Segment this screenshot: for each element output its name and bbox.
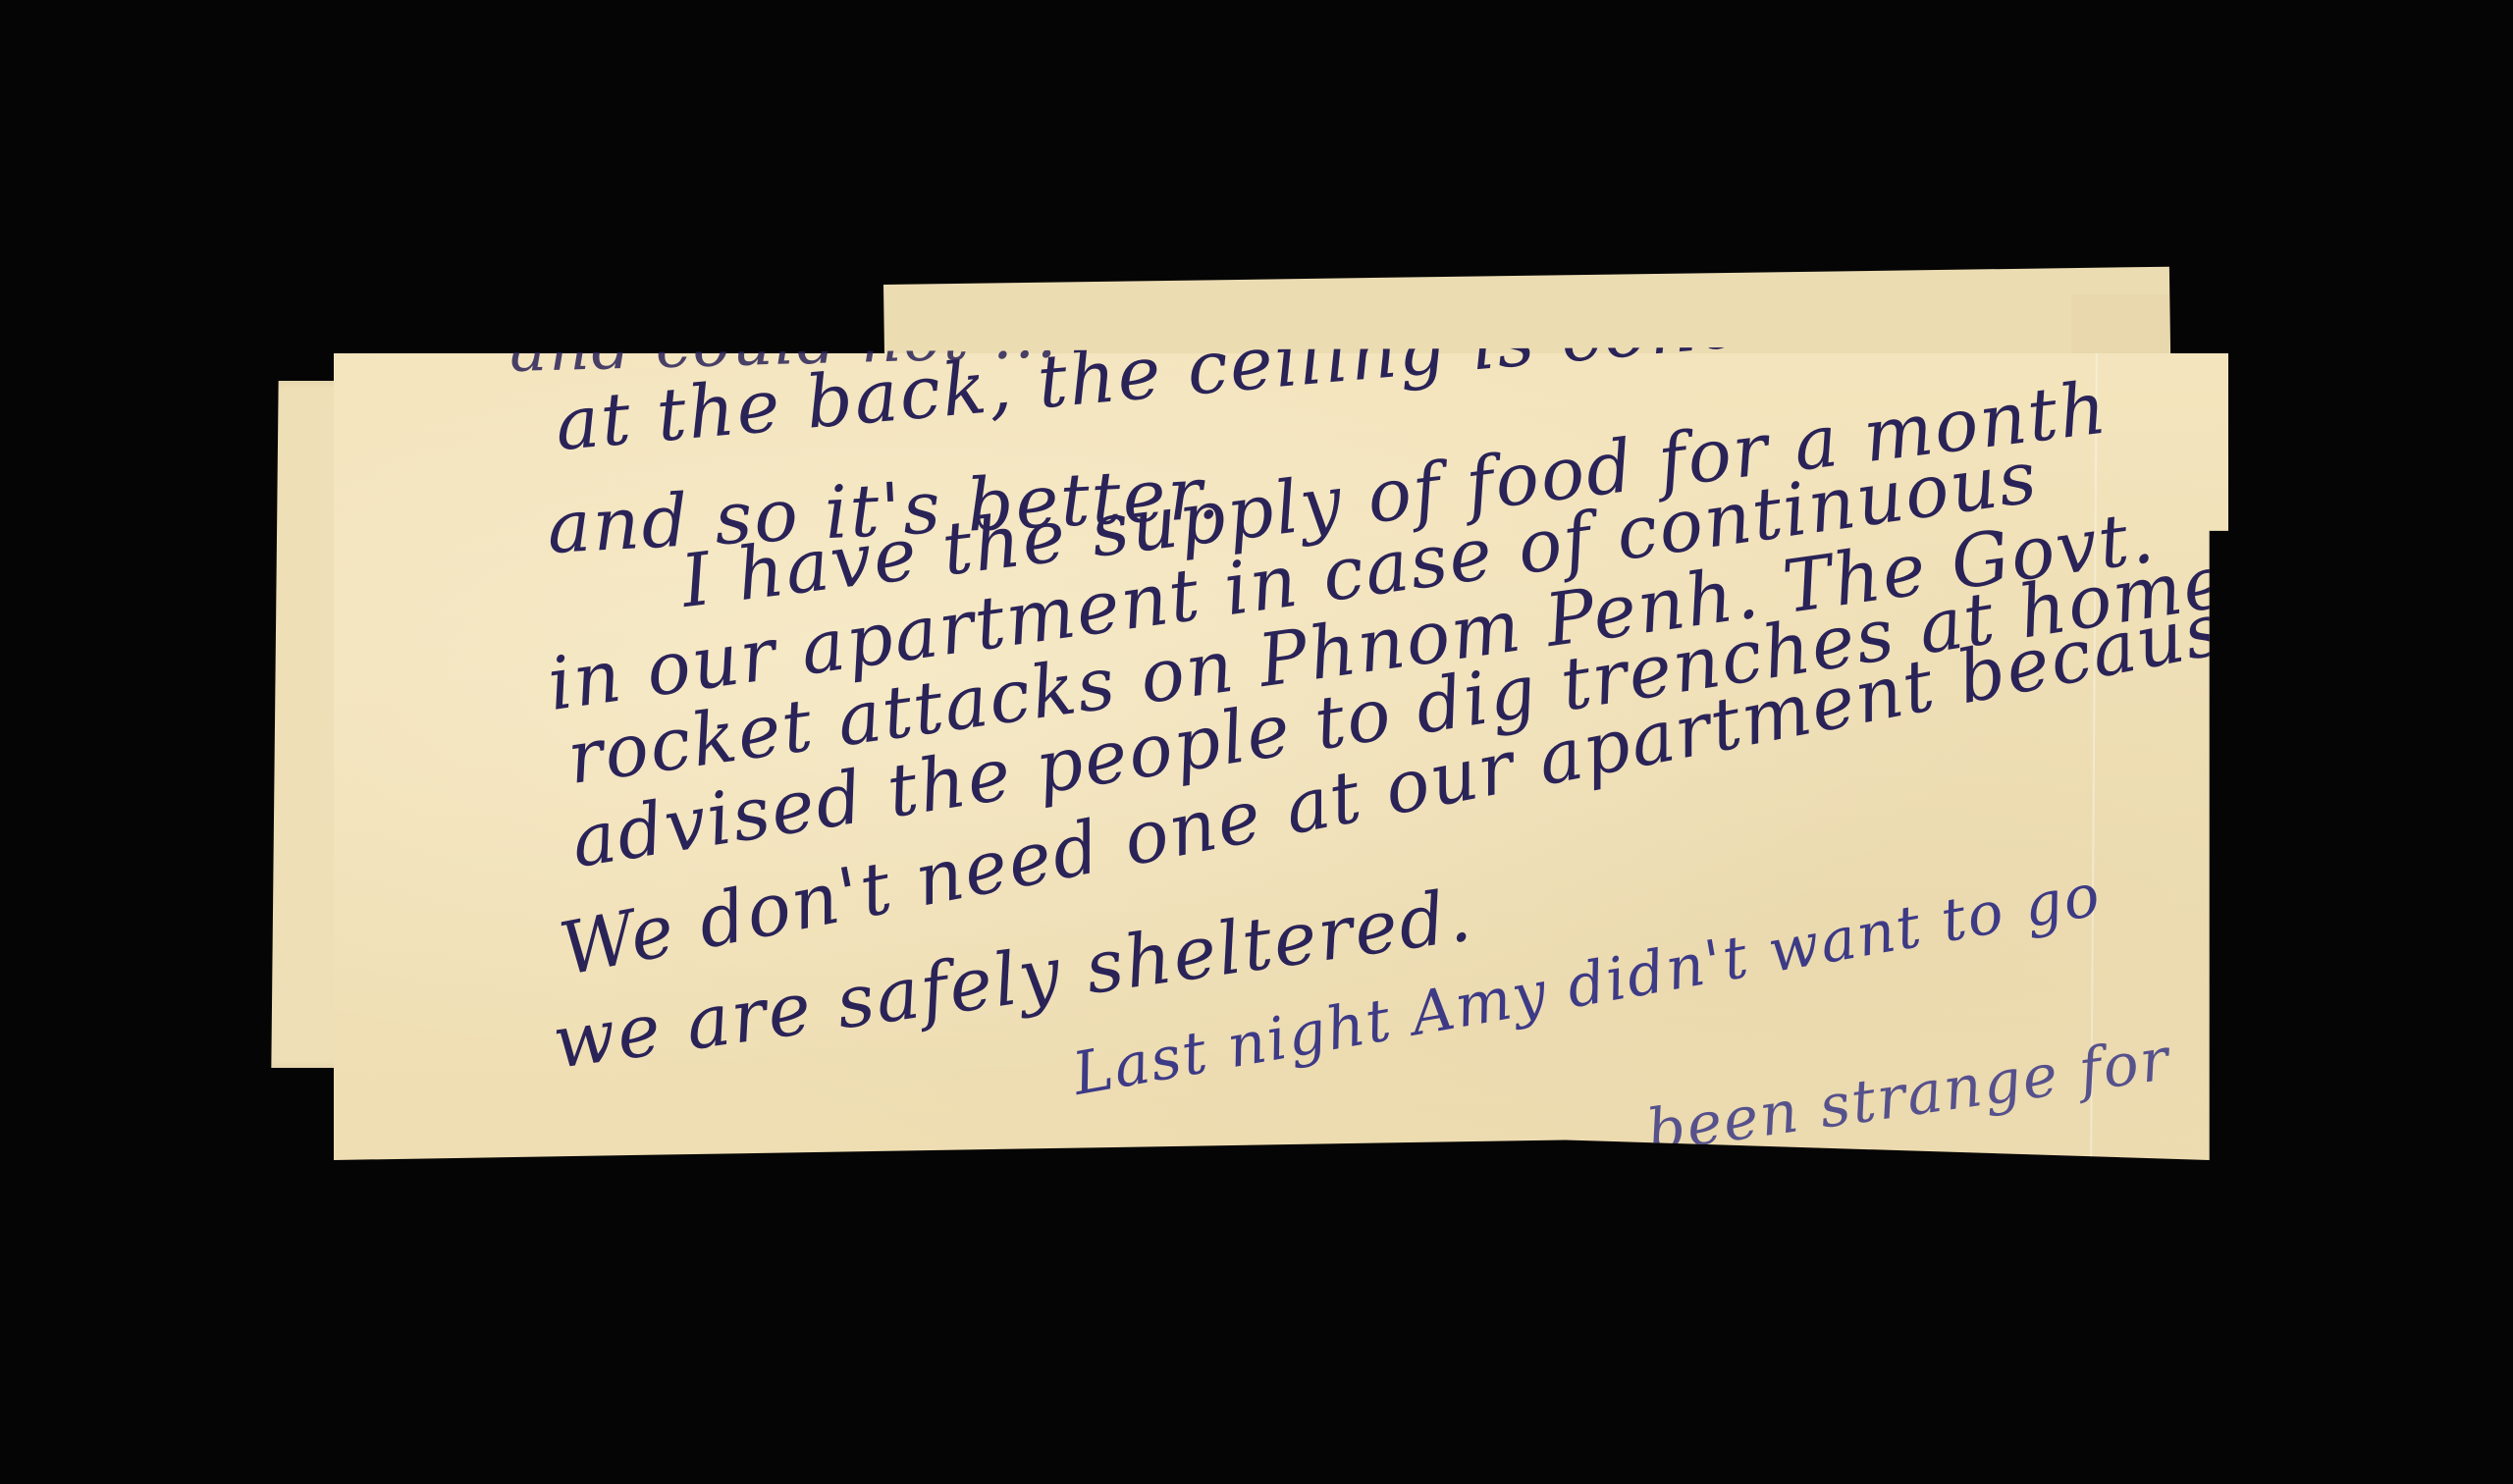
- letter-page: and could not ... at the back, the ceili…: [334, 353, 2228, 1160]
- handwritten-text: and could not ... at the back, the ceili…: [334, 353, 2228, 1160]
- text-line-10: ... been strange for: [1561, 1025, 2174, 1178]
- scan-background: and could not ... at the back, the ceili…: [0, 0, 2513, 1484]
